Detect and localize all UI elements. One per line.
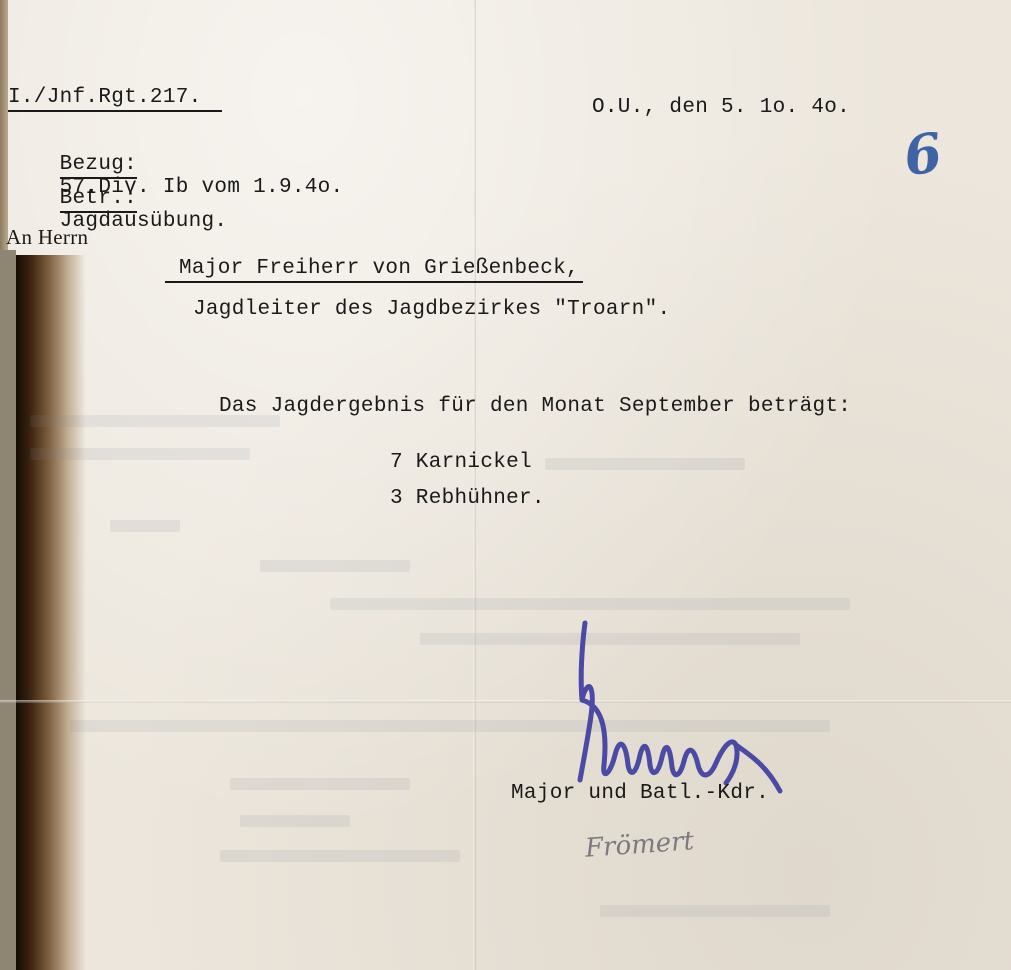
result-line: 7 Karnickel	[390, 451, 532, 474]
bleed-through	[260, 560, 410, 572]
place-date: O.U., den 5. 1o. 4o.	[592, 96, 850, 119]
sender-unit: I./Jnf.Rgt.217.	[8, 86, 222, 112]
signature-title: Major und Batl.-Kdr.	[511, 782, 769, 805]
bleed-through	[600, 905, 830, 917]
horizontal-fold	[0, 700, 1011, 703]
bleed-through	[240, 815, 350, 827]
bleed-through	[545, 458, 745, 470]
ink-signature	[560, 615, 800, 805]
bleed-through	[220, 850, 460, 862]
salutation: An Herrn	[6, 225, 88, 250]
bleed-through	[110, 520, 180, 532]
bleed-through	[330, 598, 850, 610]
recipient-name: Major Freiherr von Grießenbeck,	[165, 257, 583, 283]
vertical-fold	[473, 0, 476, 970]
bleed-through	[230, 778, 410, 790]
handwritten-page-number: 6	[900, 120, 946, 189]
body-intro: Das Jagdergebnis für den Monat September…	[219, 395, 851, 418]
letter-page: I./Jnf.Rgt.217. Bezug: 57.Div. Ib vom 1.…	[0, 0, 1011, 970]
pencil-note: Frömert	[584, 826, 695, 864]
result-line: 3 Rebhühner.	[390, 487, 545, 510]
underlying-sheet	[0, 250, 16, 970]
recipient-title: Jagdleiter des Jagdbezirkes "Troarn".	[193, 298, 670, 321]
gutter-shadow	[16, 255, 86, 970]
bleed-through	[30, 448, 250, 460]
